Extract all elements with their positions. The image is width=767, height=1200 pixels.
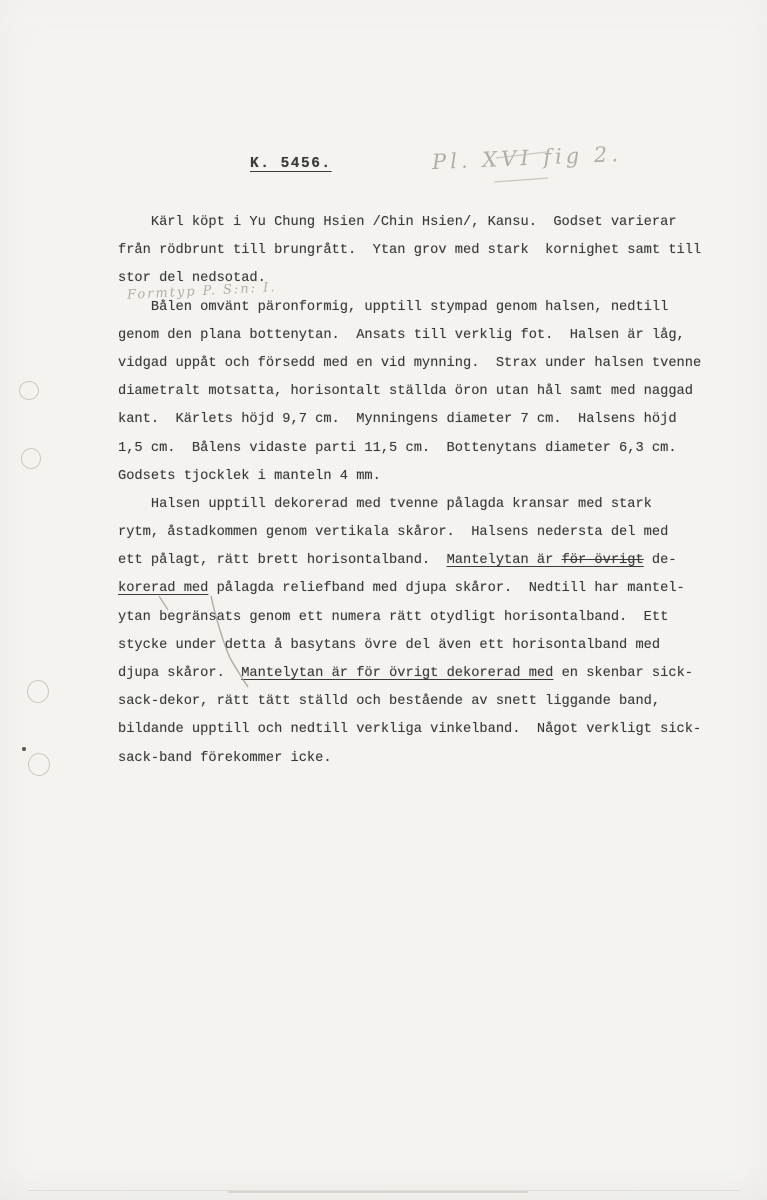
punch-hole-mark — [27, 680, 49, 703]
paragraph-provenance: Kärl köpt i Yu Chung Hsien /Chin Hsien/,… — [118, 209, 730, 294]
text-line: ett pålagt, rätt brett horisontalband. M… — [118, 547, 730, 575]
text-line: från rödbrunt till brungrått. Ytan grov … — [118, 237, 730, 265]
text-line: vidgad uppåt och försedd med en vid mynn… — [118, 350, 730, 378]
text-line: Godsets tjocklek i manteln 4 mm. — [118, 463, 730, 491]
text-line: Bålen omvänt päronformig, upptill stympa… — [118, 294, 730, 322]
text-line: djupa skåror. Mantelytan är för övrigt d… — [118, 660, 730, 688]
text-line: rytm, åstadkommen genom vertikala skåror… — [118, 519, 730, 547]
text-segment: en skenbar sick- — [553, 666, 693, 681]
document-title: K. 5456. — [250, 156, 332, 172]
ink-speck — [22, 747, 26, 751]
handwritten-plate-annotation: Pl. XVI fig 2. — [432, 142, 623, 174]
text-line: sack-band förekommer icke. — [118, 745, 730, 773]
paragraph-decoration: Halsen upptill dekorerad med tvenne påla… — [118, 491, 730, 773]
paragraph-shape-measurements: Bålen omvänt päronformig, upptill stympa… — [118, 294, 730, 491]
underlined-text-segment: Mantelytan är — [447, 553, 562, 568]
text-line: stycke under detta å basytans övre del ä… — [118, 632, 730, 660]
text-segment: pålagda reliefband med djupa skåror. Ned… — [208, 581, 684, 596]
underlined-text-segment: Mantelytan är för övrigt dekorerad med — [241, 666, 553, 681]
text-line: diametralt motsatta, horisontalt ställda… — [118, 378, 730, 406]
punch-hole-mark — [19, 381, 39, 400]
text-segment: djupa skåror. — [118, 666, 241, 681]
text-line: genom den plana bottenytan. Ansats till … — [118, 322, 730, 350]
punch-hole-mark — [21, 448, 41, 469]
text-line: sack-dekor, rätt tätt ställd och beståen… — [118, 688, 730, 716]
punch-hole-mark — [28, 753, 50, 776]
struck-through-text-segment: för övrigt — [562, 553, 644, 568]
text-segment: ett pålagt, rätt brett horisontalband. — [118, 553, 447, 568]
underlined-text-segment: korerad med — [118, 581, 208, 596]
text-line: 1,5 cm. Bålens vidaste parti 11,5 cm. Bo… — [118, 435, 730, 463]
text-line: stor del nedsotad. — [118, 265, 730, 293]
text-line: Kärl köpt i Yu Chung Hsien /Chin Hsien/,… — [118, 209, 730, 237]
pencil-underline-xvi — [494, 178, 548, 182]
text-line: korerad med pålagda reliefband med djupa… — [118, 575, 730, 603]
text-segment: de- — [644, 553, 677, 568]
scan-edge-shadow — [228, 1191, 528, 1193]
text-line: Halsen upptill dekorerad med tvenne påla… — [118, 491, 730, 519]
document-body: Kärl köpt i Yu Chung Hsien /Chin Hsien/,… — [118, 209, 730, 773]
text-line: ytan begränsats genom ett numera rätt ot… — [118, 604, 730, 632]
scanned-document-page: K. 5456. Pl. XVI fig 2. Formtyp P. S:n: … — [0, 0, 767, 1200]
text-line: kant. Kärlets höjd 9,7 cm. Mynningens di… — [118, 406, 730, 434]
text-line: bildande upptill och nedtill verkliga vi… — [118, 716, 730, 744]
